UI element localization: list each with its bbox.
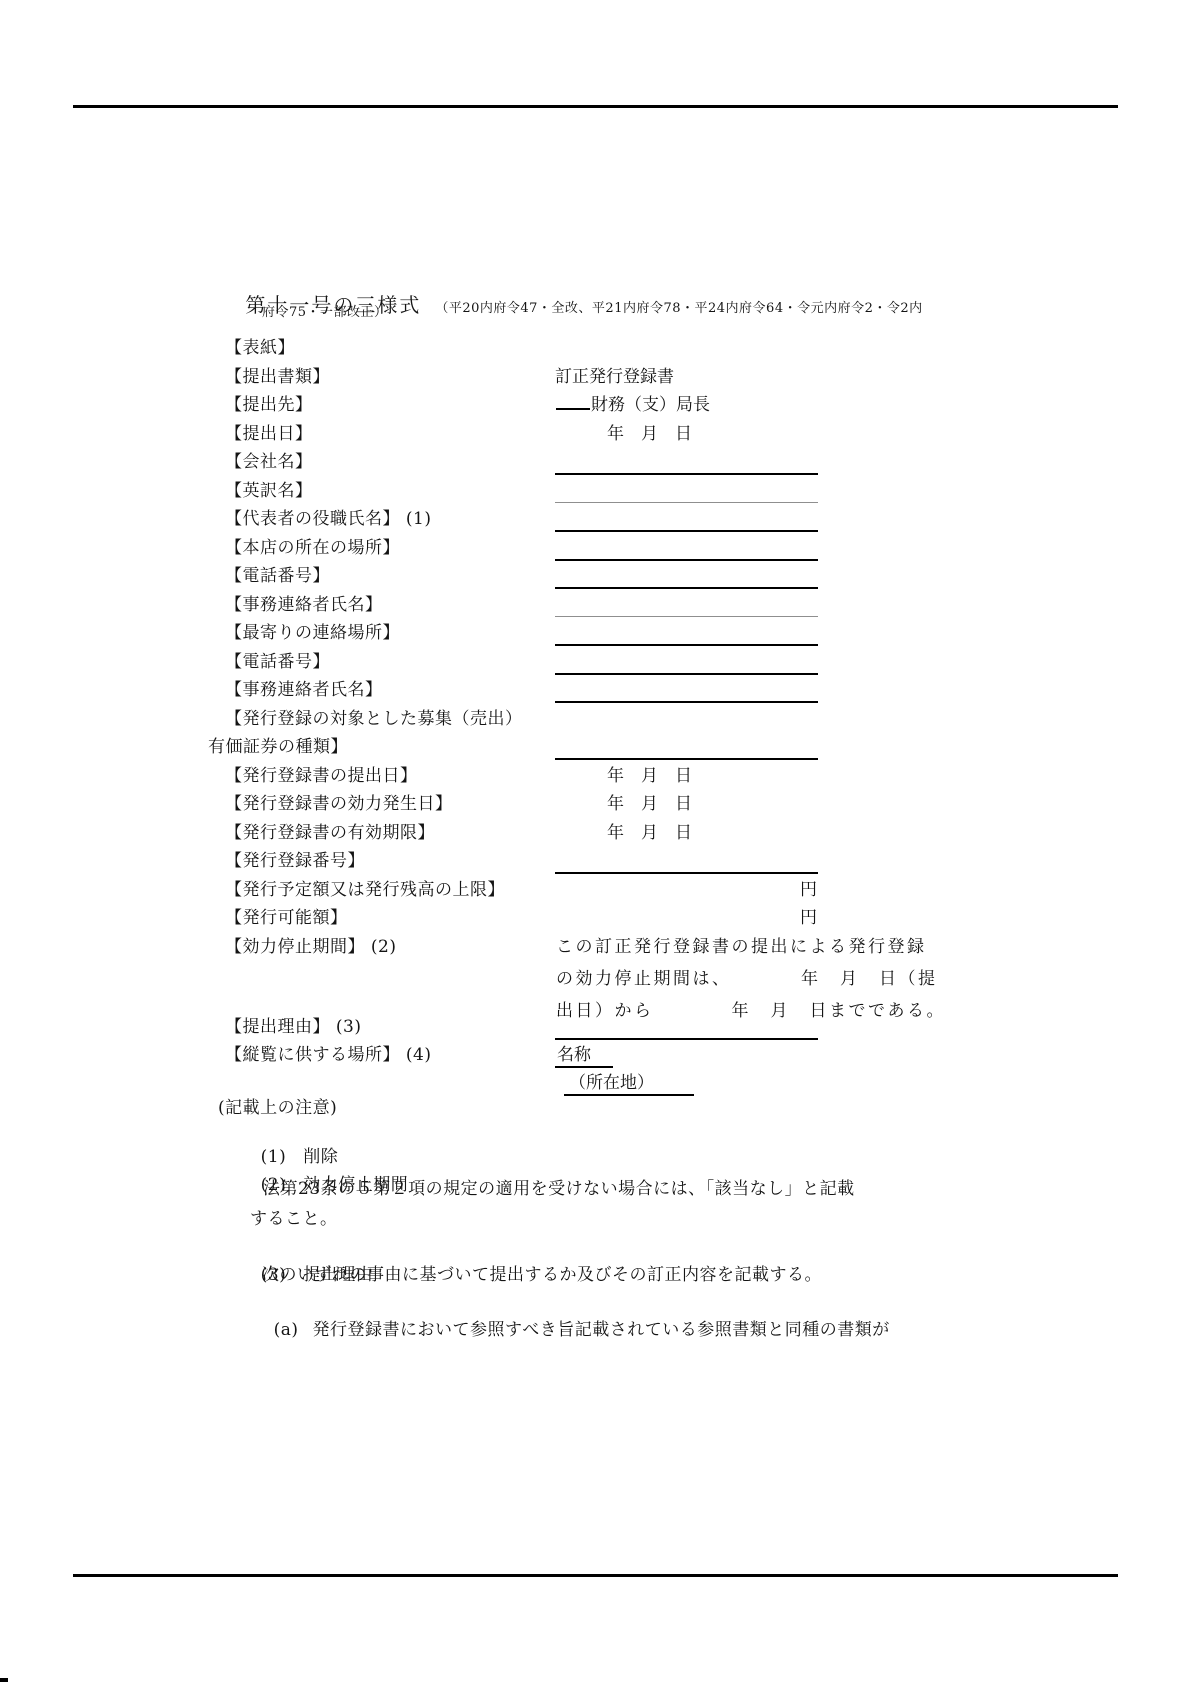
fill-in-line (555, 673, 818, 675)
fill-in-line (555, 644, 818, 646)
date-placeholder: 年 月 日 (607, 819, 692, 847)
row-label: 【本店の所在の場所】 (225, 534, 400, 562)
row-company-name: 【会社名】 (0, 448, 1192, 476)
row-label: 【発行登録の対象とした募集（売出） (225, 705, 523, 733)
fill-in-line (555, 1038, 818, 1040)
row-reason: 【提出理由】 (3) (0, 1013, 1192, 1041)
note-text: 発行登録書において参照すべき旨記載されている参照書類と同種の書類が (313, 1320, 890, 1340)
row-value: 財務（支）局長 (556, 391, 710, 419)
note-item-3-body: 次のいずれの事由に基づいて提出するか及びその訂正内容を記載する。 (262, 1262, 822, 1288)
fill-in-line (555, 530, 818, 532)
row-label: 【発行登録書の提出日】 (225, 762, 418, 790)
row-label: 【発行登録番号】 (225, 847, 365, 875)
row-label: 【英訳名】 (225, 477, 313, 505)
row-label: 【提出書類】 (225, 363, 330, 391)
fill-in-line (555, 701, 818, 703)
date-placeholder: 年 月 日 (607, 420, 692, 448)
fill-in-line (564, 1094, 694, 1096)
fill-in-line (555, 1066, 613, 1068)
row-label: 【事務連絡者氏名】 (225, 676, 383, 704)
row-suspension-period-2: の効力停止期間は、 年 月 日（提 (0, 965, 1192, 993)
row-public-inspection-address: （所在地） (0, 1069, 1192, 1097)
row-expiration-date: 【発行登録書の有効期限】 年 月 日 (0, 819, 1192, 847)
row-label: 【提出理由】 (3) (225, 1013, 361, 1041)
yen-unit: 円 (800, 904, 817, 932)
scan-artifact (0, 1678, 8, 1682)
note-item-2-body-1: 法第23条の５第２項の規定の適用を受けない場合には、「該当なし」と記載 (263, 1176, 855, 1202)
row-label-continued: 有価証券の種類】 (208, 733, 348, 761)
row-label: 【会社名】 (225, 448, 313, 476)
row-label: 【事務連絡者氏名】 (225, 591, 383, 619)
row-english-name: 【英訳名】 (0, 477, 1192, 505)
date-placeholder: 年 月 日 (607, 790, 692, 818)
top-rule (73, 105, 1118, 108)
bottom-rule (73, 1574, 1118, 1577)
row-value: 訂正発行登録書 (555, 363, 674, 391)
fill-in-line (555, 559, 818, 561)
row-label: 【発行登録書の効力発生日】 (225, 790, 453, 818)
row-issuable-amount: 【発行可能額】 円 (0, 904, 1192, 932)
row-label: 【最寄りの連絡場所】 (225, 619, 400, 647)
row-phone-2: 【電話番号】 (0, 648, 1192, 676)
row-submit-date: 【提出日】 年 月 日 (0, 420, 1192, 448)
row-label: 【発行可能額】 (225, 904, 348, 932)
inspection-address-label: （所在地） (569, 1069, 654, 1097)
row-nearest-office: 【最寄りの連絡場所】 (0, 619, 1192, 647)
row-suspension-period: 【効力停止期間】 (2) この訂正発行登録書の提出による発行登録 (0, 933, 1192, 961)
row-planned-amount: 【発行予定額又は発行残高の上限】 円 (0, 876, 1192, 904)
row-registration-number: 【発行登録番号】 (0, 847, 1192, 875)
note-item-2-body-2: すること。 (250, 1206, 338, 1232)
row-contact-2: 【事務連絡者氏名】 (0, 676, 1192, 704)
fill-in-blank (556, 393, 590, 410)
row-document-type: 【提出書類】 訂正発行登録書 (0, 363, 1192, 391)
suspension-text-line-2: の効力停止期間は、 年 月 日（提 (556, 965, 938, 993)
document-page: 第十一号の三様式（平20内府令47・全改、平21内府令78・平24内府令64・令… (0, 0, 1192, 1685)
form-title-note: （平20内府令47・全改、平21内府令78・平24内府令64・令元内府令2・令2… (435, 301, 922, 316)
row-registration-filing-date: 【発行登録書の提出日】 年 月 日 (0, 762, 1192, 790)
row-label: 【発行登録書の有効期限】 (225, 819, 435, 847)
row-public-inspection: 【縦覧に供する場所】 (4) 名称 (0, 1041, 1192, 1069)
fill-in-line (555, 872, 818, 874)
submit-to-text: 財務（支）局長 (591, 395, 710, 415)
row-effective-date: 【発行登録書の効力発生日】 年 月 日 (0, 790, 1192, 818)
row-phone-1: 【電話番号】 (0, 562, 1192, 590)
row-registered-securities-1: 【発行登録の対象とした募集（売出） (0, 705, 1192, 733)
inspection-name-label: 名称 (557, 1041, 591, 1069)
fill-in-line (555, 616, 818, 617)
yen-unit: 円 (800, 876, 817, 904)
row-label: 【提出日】 (225, 420, 313, 448)
fill-in-line (555, 587, 818, 589)
date-placeholder: 年 月 日 (607, 762, 692, 790)
row-label: 【発行予定額又は発行残高の上限】 (225, 876, 505, 904)
note-item-3a: (a)発行登録書において参照すべき旨記載されている参照書類と同種の書類が (250, 1291, 890, 1369)
note-letter: (a) (274, 1320, 299, 1340)
row-registered-securities-2: 有価証券の種類】 (0, 733, 1192, 761)
fill-in-line (555, 502, 818, 503)
form-title-note-2: 府令75・一部改正） (262, 301, 388, 320)
row-label: 【代表者の役職氏名】 (1) (225, 505, 431, 533)
row-cover: 【表紙】 (0, 334, 1192, 362)
row-label: 【表紙】 (225, 334, 295, 362)
suspension-text-line-1: この訂正発行登録書の提出による発行登録 (556, 933, 927, 961)
row-label: 【縦覧に供する場所】 (4) (225, 1041, 431, 1069)
row-label: 【電話番号】 (225, 648, 330, 676)
fill-in-line (555, 473, 818, 475)
row-submit-to: 【提出先】 財務（支）局長 (0, 391, 1192, 419)
row-contact-1: 【事務連絡者氏名】 (0, 591, 1192, 619)
fill-in-line (555, 758, 818, 760)
row-label: 【電話番号】 (225, 562, 330, 590)
row-representative: 【代表者の役職氏名】 (1) (0, 505, 1192, 533)
row-head-office: 【本店の所在の場所】 (0, 534, 1192, 562)
row-label: 【効力停止期間】 (2) (225, 933, 396, 961)
row-label: 【提出先】 (225, 391, 313, 419)
